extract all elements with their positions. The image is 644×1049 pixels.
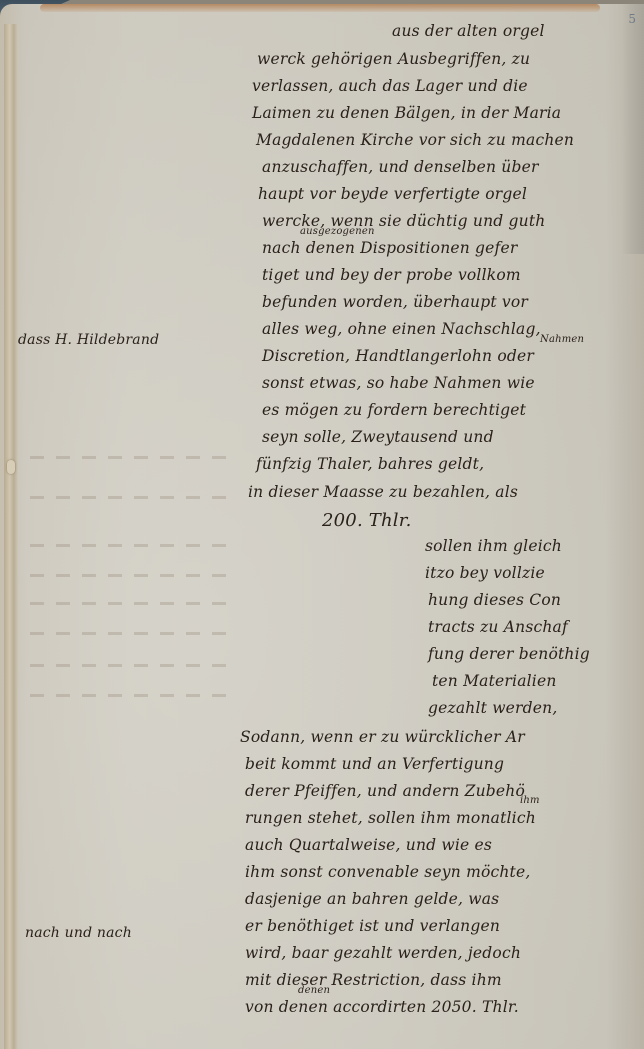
text-line: ten Materialien xyxy=(432,672,557,690)
text-line: in dieser Maasse zu bezahlen, als xyxy=(248,483,518,501)
text-line: Magdalenen Kirche vor sich zu machen xyxy=(256,131,574,149)
text-line: von denen accordirten 2050. Thlr. xyxy=(245,998,519,1016)
text-line: itzo bey vollzie xyxy=(425,564,545,582)
text-line: anzuschaffen, und denselben über xyxy=(262,158,539,176)
manuscript-page: 5 aus der alten orgelwerck gehörigen Aus… xyxy=(0,4,644,1049)
amount-line: 200. Thlr. xyxy=(322,510,412,531)
margin-note: nach und nach xyxy=(25,925,132,941)
ink-bleed-through xyxy=(30,496,230,499)
text-line: fünfzig Thaler, bahres geldt, xyxy=(256,455,484,473)
margin-note: dass H. Hildebrand xyxy=(18,332,159,348)
text-line: sollen ihm gleich xyxy=(425,537,562,555)
text-line: alles weg, ohne einen Nachschlag, xyxy=(262,320,541,338)
text-line: hung dieses Con xyxy=(428,591,561,609)
interlinear-insertion: Nahmen xyxy=(540,334,584,345)
interlinear-insertion: ihm xyxy=(520,795,540,806)
binding-thread xyxy=(7,460,15,474)
folio-number: 5 xyxy=(628,12,636,26)
text-line: nach denen Dispositionen gefer xyxy=(262,239,517,257)
text-line: aus der alten orgel xyxy=(392,22,545,40)
text-line: fung derer benöthig xyxy=(428,645,590,663)
text-line: verlassen, auch das Lager und die xyxy=(252,77,528,95)
text-line: seyn solle, Zweytausend und xyxy=(262,428,494,446)
ink-bleed-through xyxy=(30,574,230,577)
interlinear-insertion: denen xyxy=(298,985,330,996)
text-line: befunden worden, überhaupt vor xyxy=(262,293,528,311)
text-line: werck gehörigen Ausbegriffen, zu xyxy=(257,50,530,68)
ink-bleed-through xyxy=(30,632,230,635)
text-line: beit kommt und an Verfertigung xyxy=(245,755,504,773)
text-line: es mögen zu fordern berechtiget xyxy=(262,401,526,419)
page-top-edge-stain xyxy=(40,4,600,12)
page-right-edge xyxy=(622,4,644,254)
text-line: Sodann, wenn er zu würcklicher Ar xyxy=(240,728,525,746)
text-line: er benöthiget ist und verlangen xyxy=(245,917,500,935)
text-line: auch Quartalweise, und wie es xyxy=(245,836,492,854)
text-line: wird, baar gezahlt werden, jedoch xyxy=(245,944,521,962)
ink-bleed-through xyxy=(30,664,230,667)
text-line: mit dieser Restriction, dass ihm xyxy=(245,971,502,989)
text-line: Laimen zu denen Bälgen, in der Maria xyxy=(252,104,561,122)
text-line: gezahlt werden, xyxy=(428,699,557,717)
text-line: dasjenige an bahren gelde, was xyxy=(245,890,499,908)
text-line: Discretion, Handtlangerlohn oder xyxy=(262,347,534,365)
text-line: haupt vor beyde verfertigte orgel xyxy=(258,185,527,203)
text-line: ihm sonst convenable seyn möchte, xyxy=(245,863,531,881)
text-line: sonst etwas, so habe Nahmen wie xyxy=(262,374,535,392)
ink-bleed-through xyxy=(30,456,230,459)
ink-bleed-through xyxy=(30,544,230,547)
text-line: rungen stehet, sollen ihm monatlich xyxy=(245,809,536,827)
text-line: derer Pfeiffen, und andern Zubehö xyxy=(245,782,525,800)
interlinear-insertion: ausgezogenen xyxy=(300,226,375,237)
ink-bleed-through xyxy=(30,602,230,605)
ink-bleed-through xyxy=(30,694,230,697)
binding-gutter xyxy=(4,24,18,1049)
text-line: tracts zu Anschaf xyxy=(428,618,568,636)
text-line: tiget und bey der probe vollkom xyxy=(262,266,521,284)
